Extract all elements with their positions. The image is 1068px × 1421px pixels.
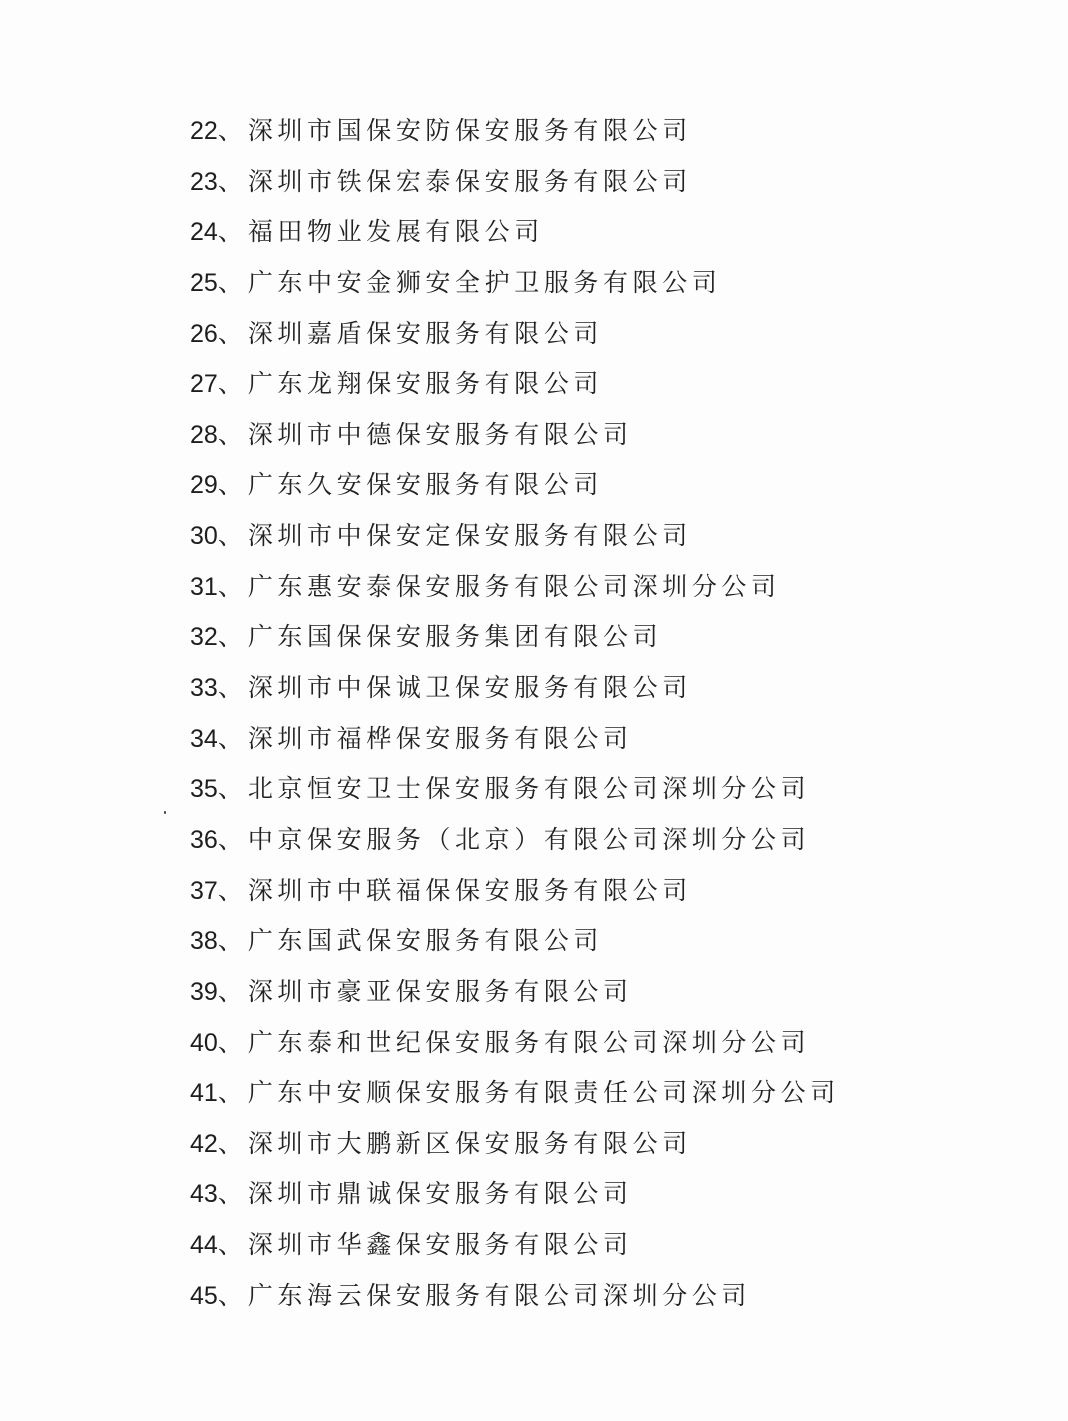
item-number: 40 (190, 1018, 218, 1069)
list-item: 31、广东惠安泰保安服务有限公司深圳分公司 (190, 562, 840, 613)
list-item: 32、广东国保保安服务集团有限公司 (190, 612, 840, 663)
item-separator: 、 (218, 1220, 248, 1271)
list-item: 27、广东龙翔保安服务有限公司 (190, 359, 840, 410)
list-item: 42、深圳市大鹏新区保安服务有限公司 (190, 1119, 840, 1170)
item-number: 31 (190, 562, 218, 613)
item-separator: 、 (218, 764, 248, 815)
company-name: 深圳市大鹏新区保安服务有限公司 (248, 1119, 692, 1170)
list-item: 37、深圳市中联福保保安服务有限公司 (190, 866, 840, 917)
list-item: 40、广东泰和世纪保安服务有限公司深圳分公司 (190, 1018, 840, 1069)
list-item: 44、深圳市华鑫保安服务有限公司 (190, 1220, 840, 1271)
company-name: 广东久安保安服务有限公司 (248, 460, 603, 511)
list-item: 22、深圳市国保安防保安服务有限公司 (190, 106, 840, 157)
item-separator: 、 (218, 157, 248, 208)
list-item: 33、深圳市中保诚卫保安服务有限公司 (190, 663, 840, 714)
list-item: 24、福田物业发展有限公司 (190, 207, 840, 258)
item-number: 45 (190, 1271, 218, 1322)
item-number: 35 (190, 764, 218, 815)
company-name: 深圳市鼎诚保安服务有限公司 (248, 1169, 633, 1220)
company-name: 福田物业发展有限公司 (248, 207, 544, 258)
company-name: 深圳市福桦保安服务有限公司 (248, 714, 633, 765)
item-separator: 、 (218, 1169, 248, 1220)
item-number: 32 (190, 612, 218, 663)
item-number: 22 (190, 106, 218, 157)
list-item: 35、北京恒安卫士保安服务有限公司深圳分公司 (190, 764, 840, 815)
company-name: 深圳市国保安防保安服务有限公司 (248, 106, 692, 157)
list-item: 34、深圳市福桦保安服务有限公司 (190, 714, 840, 765)
item-separator: 、 (218, 460, 248, 511)
item-separator: 、 (218, 258, 248, 309)
document-page: 22、深圳市国保安防保安服务有限公司 23、深圳市铁保宏泰保安服务有限公司 24… (0, 0, 1068, 1421)
item-separator: 、 (218, 815, 248, 866)
item-separator: 、 (218, 410, 248, 461)
item-separator: 、 (218, 359, 248, 410)
scan-speck (164, 811, 166, 814)
list-item: 28、深圳市中德保安服务有限公司 (190, 410, 840, 461)
company-name: 广东中安顺保安服务有限责任公司深圳分公司 (248, 1068, 840, 1119)
company-name: 深圳市豪亚保安服务有限公司 (248, 967, 633, 1018)
item-separator: 、 (218, 309, 248, 360)
item-separator: 、 (218, 967, 248, 1018)
item-separator: 、 (218, 714, 248, 765)
item-number: 33 (190, 663, 218, 714)
list-item: 30、深圳市中保安定保安服务有限公司 (190, 511, 840, 562)
company-name: 深圳嘉盾保安服务有限公司 (248, 309, 603, 360)
company-name: 广东龙翔保安服务有限公司 (248, 359, 603, 410)
item-number: 37 (190, 866, 218, 917)
item-separator: 、 (218, 511, 248, 562)
item-separator: 、 (218, 612, 248, 663)
item-number: 42 (190, 1119, 218, 1170)
item-separator: 、 (218, 866, 248, 917)
item-number: 36 (190, 815, 218, 866)
company-name: 广东泰和世纪保安服务有限公司深圳分公司 (248, 1018, 810, 1069)
item-number: 38 (190, 916, 218, 967)
item-separator: 、 (218, 1271, 248, 1322)
item-number: 34 (190, 714, 218, 765)
list-item: 36、中京保安服务（北京）有限公司深圳分公司 (190, 815, 840, 866)
company-name: 深圳市华鑫保安服务有限公司 (248, 1220, 633, 1271)
company-name: 广东海云保安服务有限公司深圳分公司 (248, 1271, 751, 1322)
company-name: 广东惠安泰保安服务有限公司深圳分公司 (248, 562, 781, 613)
company-name: 北京恒安卫士保安服务有限公司深圳分公司 (248, 764, 810, 815)
list-item: 45、广东海云保安服务有限公司深圳分公司 (190, 1271, 840, 1322)
item-number: 41 (190, 1068, 218, 1119)
item-number: 27 (190, 359, 218, 410)
company-name: 深圳市中联福保保安服务有限公司 (248, 866, 692, 917)
list-item: 41、广东中安顺保安服务有限责任公司深圳分公司 (190, 1068, 840, 1119)
company-name: 中京保安服务（北京）有限公司深圳分公司 (248, 815, 810, 866)
item-separator: 、 (218, 207, 248, 258)
item-separator: 、 (218, 1068, 248, 1119)
item-separator: 、 (218, 916, 248, 967)
item-number: 44 (190, 1220, 218, 1271)
item-number: 26 (190, 309, 218, 360)
company-name: 深圳市中保诚卫保安服务有限公司 (248, 663, 692, 714)
list-item: 23、深圳市铁保宏泰保安服务有限公司 (190, 157, 840, 208)
company-name: 深圳市铁保宏泰保安服务有限公司 (248, 157, 692, 208)
item-number: 29 (190, 460, 218, 511)
company-list: 22、深圳市国保安防保安服务有限公司 23、深圳市铁保宏泰保安服务有限公司 24… (190, 106, 840, 1321)
item-number: 25 (190, 258, 218, 309)
item-number: 39 (190, 967, 218, 1018)
item-number: 24 (190, 207, 218, 258)
item-separator: 、 (218, 106, 248, 157)
list-item: 25、广东中安金狮安全护卫服务有限公司 (190, 258, 840, 309)
list-item: 26、深圳嘉盾保安服务有限公司 (190, 309, 840, 360)
list-item: 43、深圳市鼎诚保安服务有限公司 (190, 1169, 840, 1220)
company-name: 广东国保保安服务集团有限公司 (248, 612, 662, 663)
list-item: 39、深圳市豪亚保安服务有限公司 (190, 967, 840, 1018)
item-separator: 、 (218, 1018, 248, 1069)
item-number: 28 (190, 410, 218, 461)
item-separator: 、 (218, 663, 248, 714)
company-name: 广东中安金狮安全护卫服务有限公司 (248, 258, 722, 309)
list-item: 38、广东国武保安服务有限公司 (190, 916, 840, 967)
item-separator: 、 (218, 1119, 248, 1170)
list-item: 29、广东久安保安服务有限公司 (190, 460, 840, 511)
item-number: 30 (190, 511, 218, 562)
company-name: 深圳市中保安定保安服务有限公司 (248, 511, 692, 562)
item-number: 23 (190, 157, 218, 208)
item-number: 43 (190, 1169, 218, 1220)
company-name: 深圳市中德保安服务有限公司 (248, 410, 633, 461)
item-separator: 、 (218, 562, 248, 613)
company-name: 广东国武保安服务有限公司 (248, 916, 603, 967)
